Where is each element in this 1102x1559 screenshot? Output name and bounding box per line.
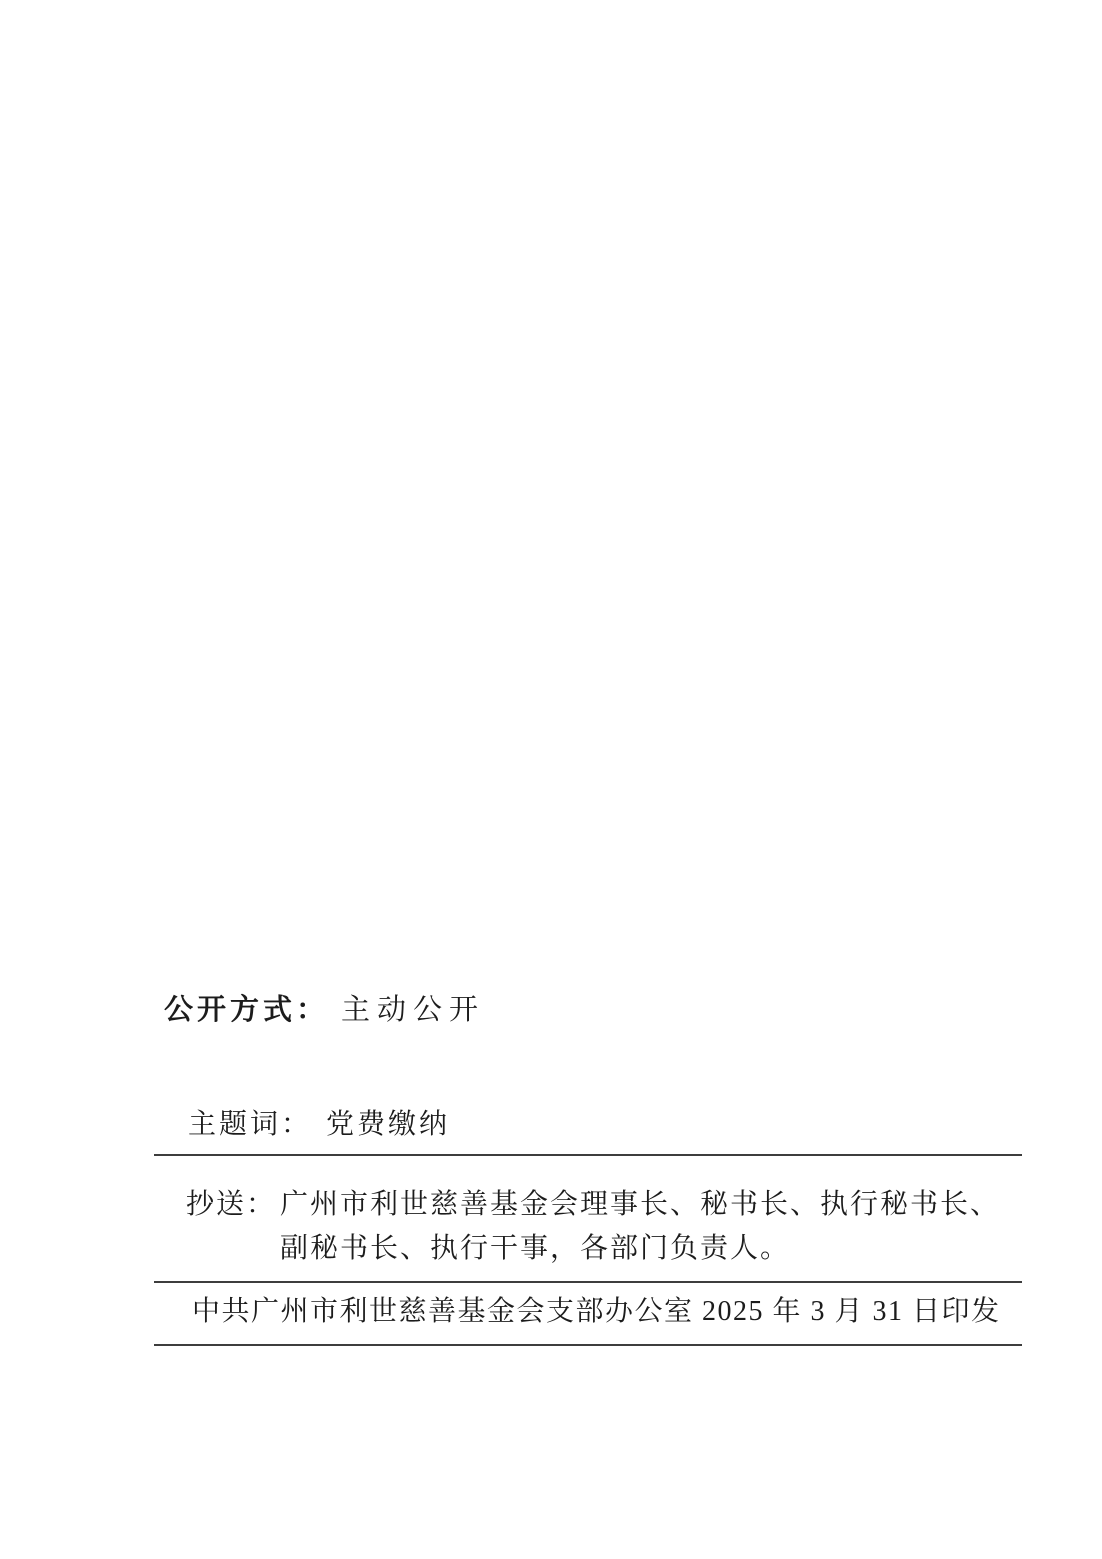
disclosure-label: 公开方式： (164, 994, 329, 1026)
divider-top (154, 1154, 1022, 1156)
document-page: 公开方式：主动公开 主题词：党费缴纳 抄送： 广州市利世慈善基金会理事长、秘书长… (0, 0, 1102, 1559)
cc-label: 抄送： (186, 1183, 276, 1227)
subject-line: 主题词：党费缴纳 (188, 1108, 450, 1142)
divider-middle (154, 1281, 1022, 1283)
cc-line-2: 副秘书长、执行干事，各部门负责人。 (280, 1227, 1026, 1271)
disclosure-line: 公开方式：主动公开 (164, 993, 485, 1027)
cc-line-1: 广州市利世慈善基金会理事长、秘书长、执行秘书长、 (280, 1183, 1026, 1227)
cc-block: 抄送： 广州市利世慈善基金会理事长、秘书长、执行秘书长、 副秘书长、执行干事，各… (186, 1183, 1026, 1271)
subject-value: 党费缴纳 (326, 1109, 450, 1140)
cc-text: 广州市利世慈善基金会理事长、秘书长、执行秘书长、 副秘书长、执行干事，各部门负责… (280, 1183, 1026, 1271)
subject-label: 主题词： (188, 1109, 312, 1140)
issuer-line: 中共广州市利世慈善基金会支部办公室 2025 年 3 月 31 日印发 (192, 1294, 1001, 1330)
disclosure-value: 主动公开 (341, 994, 485, 1026)
divider-bottom (154, 1344, 1022, 1346)
